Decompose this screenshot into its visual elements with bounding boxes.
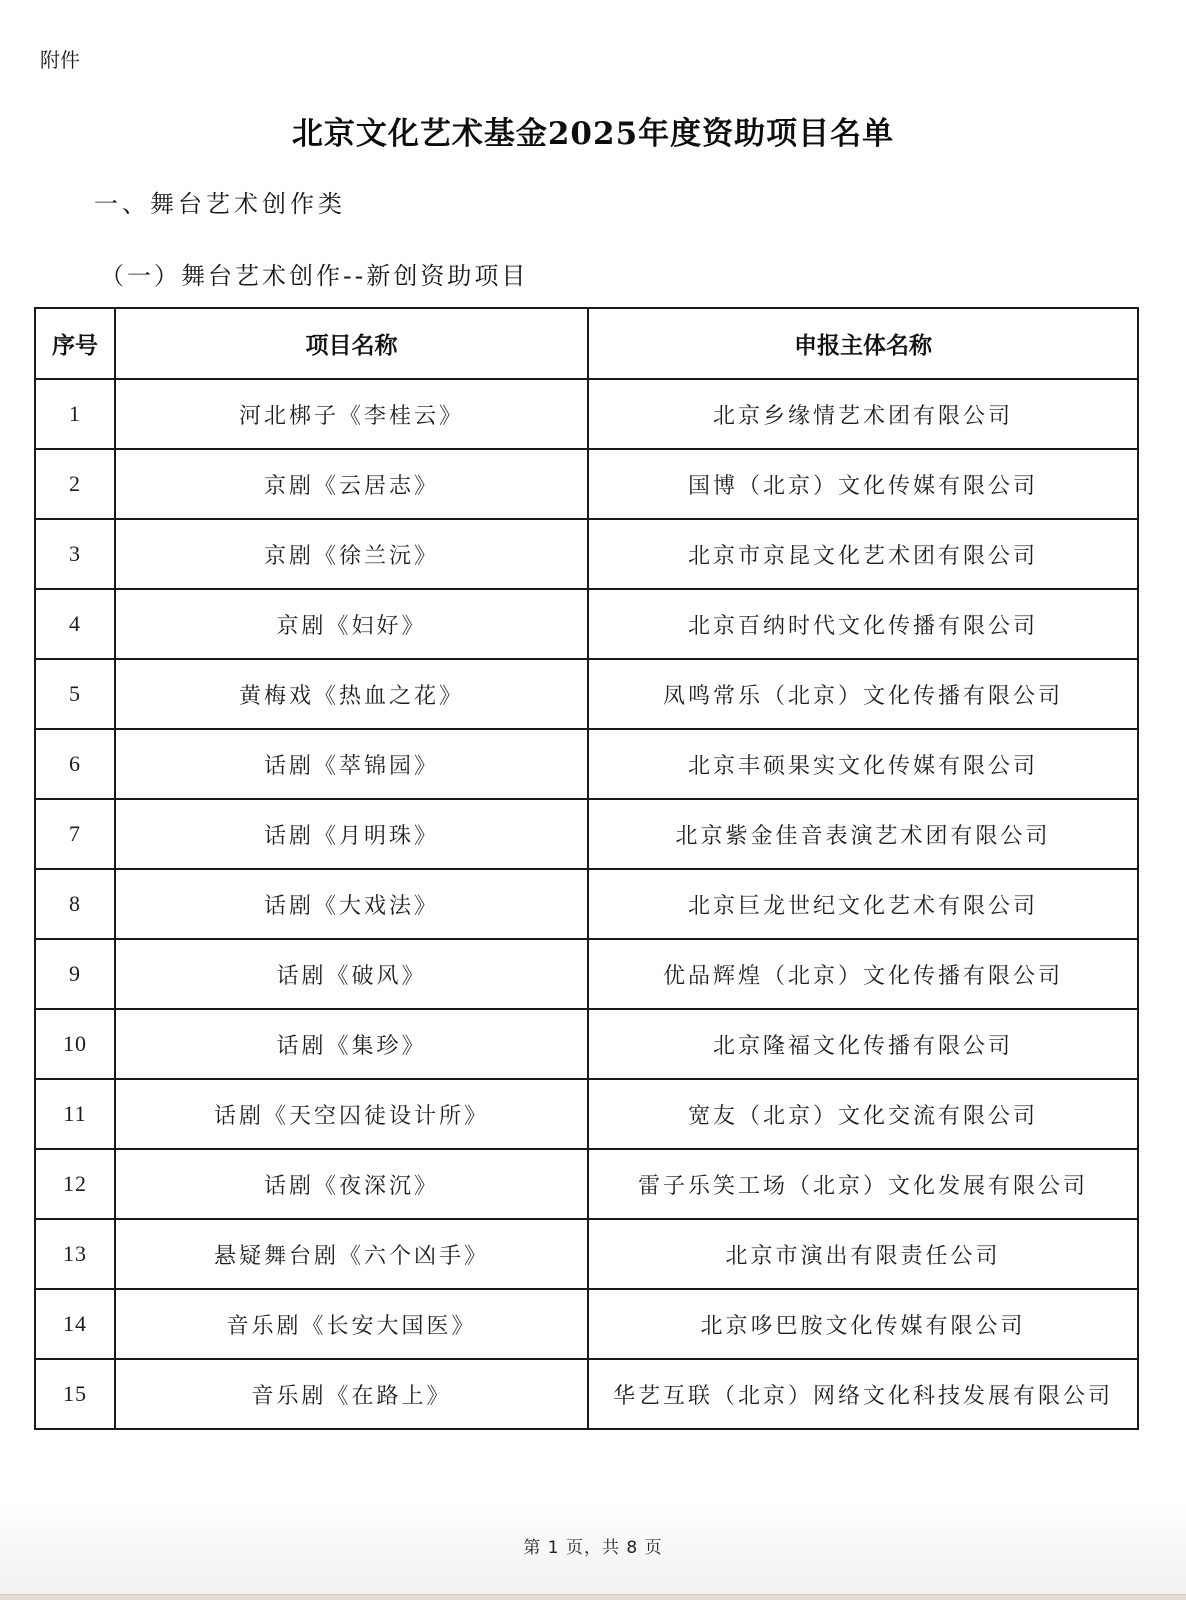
cell-no: 4 [35, 589, 115, 659]
cell-project-name: 黄梅戏《热血之花》 [115, 659, 588, 729]
cell-applicant: 优品辉煌（北京）文化传播有限公司 [588, 939, 1138, 1009]
cell-no: 2 [35, 449, 115, 519]
table-row: 4 京剧《妇好》 北京百纳时代文化传播有限公司 [35, 589, 1138, 659]
cell-no: 14 [35, 1289, 115, 1359]
attachment-label: 附件 [40, 44, 80, 73]
cell-project-name: 音乐剧《长安大国医》 [115, 1289, 588, 1359]
cell-applicant: 北京市京昆文化艺术团有限公司 [588, 519, 1138, 589]
cell-applicant: 北京百纳时代文化传播有限公司 [588, 589, 1138, 659]
funding-projects-table: 序号 项目名称 申报主体名称 1 河北梆子《李桂云》 北京乡缘情艺术团有限公司 … [34, 307, 1139, 1430]
cell-project-name: 河北梆子《李桂云》 [115, 379, 588, 449]
table-row: 11 话剧《天空囚徒设计所》 宽友（北京）文化交流有限公司 [35, 1079, 1138, 1149]
cell-applicant: 宽友（北京）文化交流有限公司 [588, 1079, 1138, 1149]
cell-applicant: 北京巨龙世纪文化艺术有限公司 [588, 869, 1138, 939]
cell-project-name: 话剧《集珍》 [115, 1009, 588, 1079]
cell-no: 7 [35, 799, 115, 869]
cell-project-name: 话剧《大戏法》 [115, 869, 588, 939]
cell-no: 9 [35, 939, 115, 1009]
cell-project-name: 话剧《萃锦园》 [115, 729, 588, 799]
cell-project-name: 京剧《徐兰沅》 [115, 519, 588, 589]
cell-applicant: 北京紫金佳音表演艺术团有限公司 [588, 799, 1138, 869]
table-row: 2 京剧《云居志》 国博（北京）文化传媒有限公司 [35, 449, 1138, 519]
cell-no: 5 [35, 659, 115, 729]
page-indicator: 第 1 页，共 8 页 [0, 1533, 1186, 1558]
cell-project-name: 音乐剧《在路上》 [115, 1359, 588, 1429]
cell-no: 10 [35, 1009, 115, 1079]
cell-applicant: 北京市演出有限责任公司 [588, 1219, 1138, 1289]
cell-no: 1 [35, 379, 115, 449]
table-row: 1 河北梆子《李桂云》 北京乡缘情艺术团有限公司 [35, 379, 1138, 449]
cell-project-name: 悬疑舞台剧《六个凶手》 [115, 1219, 588, 1289]
cell-no: 12 [35, 1149, 115, 1219]
table-row: 3 京剧《徐兰沅》 北京市京昆文化艺术团有限公司 [35, 519, 1138, 589]
table-row: 15 音乐剧《在路上》 华艺互联（北京）网络文化科技发展有限公司 [35, 1359, 1138, 1429]
table-row: 13 悬疑舞台剧《六个凶手》 北京市演出有限责任公司 [35, 1219, 1138, 1289]
cell-no: 13 [35, 1219, 115, 1289]
column-header-applicant: 申报主体名称 [588, 308, 1138, 379]
table-row: 5 黄梅戏《热血之花》 凤鸣常乐（北京）文化传播有限公司 [35, 659, 1138, 729]
cell-applicant: 北京丰硕果实文化传媒有限公司 [588, 729, 1138, 799]
cell-applicant: 华艺互联（北京）网络文化科技发展有限公司 [588, 1359, 1138, 1429]
table-row: 6 话剧《萃锦园》 北京丰硕果实文化传媒有限公司 [35, 729, 1138, 799]
table-row: 9 话剧《破风》 优品辉煌（北京）文化传播有限公司 [35, 939, 1138, 1009]
table-row: 12 话剧《夜深沉》 雷子乐笑工场（北京）文化发展有限公司 [35, 1149, 1138, 1219]
document-page: 附件 北京文化艺术基金2025年度资助项目名单 一、舞台艺术创作类 （一）舞台艺… [0, 0, 1186, 1600]
cell-applicant: 北京乡缘情艺术团有限公司 [588, 379, 1138, 449]
cell-no: 3 [35, 519, 115, 589]
cell-no: 8 [35, 869, 115, 939]
table-row: 8 话剧《大戏法》 北京巨龙世纪文化艺术有限公司 [35, 869, 1138, 939]
cell-project-name: 话剧《破风》 [115, 939, 588, 1009]
cell-applicant: 北京哆巴胺文化传媒有限公司 [588, 1289, 1138, 1359]
table-row: 7 话剧《月明珠》 北京紫金佳音表演艺术团有限公司 [35, 799, 1138, 869]
cell-applicant: 凤鸣常乐（北京）文化传播有限公司 [588, 659, 1138, 729]
cell-project-name: 京剧《妇好》 [115, 589, 588, 659]
cell-no: 6 [35, 729, 115, 799]
document-title: 北京文化艺术基金2025年度资助项目名单 [0, 108, 1186, 153]
table-header-row: 序号 项目名称 申报主体名称 [35, 308, 1138, 379]
column-header-project-name: 项目名称 [115, 308, 588, 379]
cell-applicant: 雷子乐笑工场（北京）文化发展有限公司 [588, 1149, 1138, 1219]
cell-applicant: 北京隆福文化传播有限公司 [588, 1009, 1138, 1079]
cell-project-name: 话剧《夜深沉》 [115, 1149, 588, 1219]
cell-applicant: 国博（北京）文化传媒有限公司 [588, 449, 1138, 519]
table-row: 14 音乐剧《长安大国医》 北京哆巴胺文化传媒有限公司 [35, 1289, 1138, 1359]
viewer-bottom-edge [0, 1594, 1186, 1600]
subsection-heading: （一）舞台艺术创作--新创资助项目 [100, 256, 528, 291]
section-heading: 一、舞台艺术创作类 [94, 184, 346, 219]
cell-project-name: 话剧《月明珠》 [115, 799, 588, 869]
cell-no: 11 [35, 1079, 115, 1149]
column-header-no: 序号 [35, 308, 115, 379]
table-row: 10 话剧《集珍》 北京隆福文化传播有限公司 [35, 1009, 1138, 1079]
cell-project-name: 京剧《云居志》 [115, 449, 588, 519]
cell-no: 15 [35, 1359, 115, 1429]
cell-project-name: 话剧《天空囚徒设计所》 [115, 1079, 588, 1149]
